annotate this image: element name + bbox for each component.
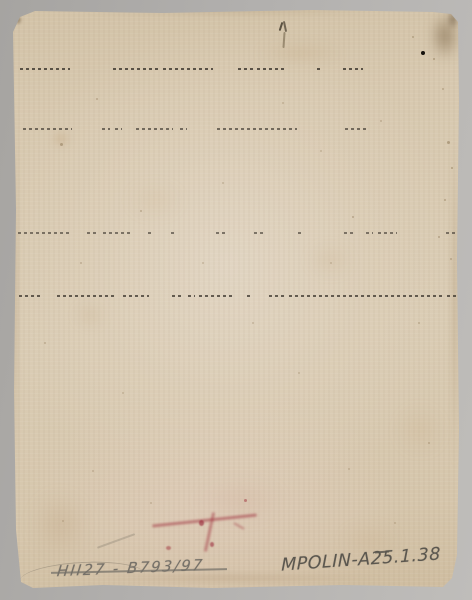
- paper-speckle: [92, 470, 94, 472]
- paper-speckle: [44, 342, 46, 344]
- ink-fleck: [283, 21, 287, 32]
- paper-speckle: [330, 262, 332, 264]
- bleedthrough-line-segment: [199, 295, 233, 297]
- bleedthrough-line-segment: [20, 68, 70, 70]
- bleedthrough-line-segment: [378, 232, 397, 234]
- paper-speckle: [394, 522, 396, 524]
- bleedthrough-line-segment: [163, 68, 213, 70]
- paper-speckle: [298, 372, 300, 374]
- paper-speckle: [433, 58, 435, 60]
- bleedthrough-line-segment: [345, 128, 368, 130]
- old-inventory-inscription: HII27 - B793/97: [57, 558, 204, 577]
- bleedthrough-line-segment: [102, 128, 110, 130]
- paper-speckle: [438, 236, 440, 238]
- bleedthrough-line-segment: [447, 295, 464, 297]
- bleedthrough-line-segment: [18, 232, 72, 234]
- stain: [390, 400, 450, 460]
- bleedthrough-line-segment: [188, 295, 195, 297]
- bleedthrough-line-segment: [115, 128, 122, 130]
- red-pencil-dot: [199, 520, 204, 526]
- bleedthrough-line-segment: [216, 232, 228, 234]
- stain: [70, 300, 110, 330]
- bleedthrough-line-segment: [180, 128, 187, 130]
- paper-speckle: [444, 199, 446, 201]
- bleedthrough-line-segment: [103, 232, 130, 234]
- bleedthrough-line-segment: [238, 68, 253, 70]
- bleedthrough-line-segment: [57, 295, 117, 297]
- red-pencil-dot: [166, 546, 171, 550]
- paper-speckle: [222, 182, 224, 184]
- top-left-corner-spot: [12, 13, 24, 27]
- card-verso: HII27 - B793/97 MPOLIN-A25.1.38: [13, 10, 460, 590]
- bleedthrough-line-segment: [136, 128, 173, 130]
- stain: [240, 40, 360, 66]
- paper-speckle: [60, 143, 63, 146]
- bleedthrough-line-segment: [123, 295, 149, 297]
- paper-speckle: [320, 150, 322, 152]
- photo-scene: HII27 - B793/97 MPOLIN-A25.1.38: [0, 0, 472, 600]
- bleedthrough-line-segment: [298, 232, 304, 234]
- paper-speckle: [412, 36, 414, 38]
- paper-speckle: [442, 88, 444, 90]
- black-dot: [421, 51, 425, 55]
- paper-speckle: [380, 120, 382, 122]
- stain: [120, 180, 190, 220]
- paper-speckle: [202, 262, 204, 264]
- bleedthrough-line-segment: [254, 232, 263, 234]
- top-right-edge-stain: [444, 4, 462, 34]
- bleedthrough-line-segment: [217, 128, 297, 130]
- paper-speckle: [282, 102, 284, 104]
- paper-speckle: [447, 141, 450, 144]
- bleedthrough-line-segment: [317, 68, 322, 70]
- mpolin-inventory-inscription: MPOLIN-A25.1.38: [281, 550, 441, 570]
- paper-speckle: [96, 98, 98, 100]
- right-edge-band: [449, 60, 461, 540]
- paper-speckle: [428, 442, 430, 444]
- paper-speckle: [80, 262, 82, 264]
- red-pencil-speck: [244, 499, 247, 502]
- paper-speckle: [140, 210, 142, 212]
- old-inventory-text: HII27 - B793/97: [56, 556, 205, 581]
- bleedthrough-line-segment: [172, 295, 182, 297]
- bleedthrough-line-segment: [446, 232, 472, 234]
- pencil-scuff: [97, 533, 135, 548]
- paper-speckle: [62, 520, 64, 522]
- card-surface-overlay: [0, 0, 472, 600]
- stain: [300, 240, 360, 280]
- bleedthrough-line-segment: [113, 68, 158, 70]
- red-pencil-dot: [210, 542, 214, 547]
- paper-speckle: [418, 322, 420, 324]
- bleedthrough-line-segment: [247, 295, 253, 297]
- bleedthrough-line-segment: [257, 68, 287, 70]
- bleedthrough-line-segment: [23, 128, 72, 130]
- bleedthrough-line-segment: [366, 232, 373, 234]
- top-edge-band: [18, 6, 448, 16]
- bleedthrough-line-segment: [344, 232, 354, 234]
- bleedthrough-line-segment: [171, 232, 176, 234]
- paper-speckle: [451, 167, 453, 169]
- paper-speckle: [122, 392, 124, 394]
- bleedthrough-line-segment: [343, 68, 363, 70]
- bleedthrough-line-segment: [289, 295, 444, 297]
- paper-speckle: [348, 468, 350, 470]
- paper-speckle: [150, 502, 152, 504]
- bleedthrough-line-segment: [269, 295, 284, 297]
- bleedthrough-line-segment: [87, 232, 97, 234]
- bleedthrough-line-segment: [19, 295, 43, 297]
- bleedthrough-line-segment: [148, 232, 154, 234]
- paper-speckle: [450, 258, 452, 260]
- paper-speckle: [352, 216, 354, 218]
- stain: [48, 128, 74, 150]
- paper-speckle: [252, 322, 254, 324]
- bottom-left-shading: [20, 480, 100, 570]
